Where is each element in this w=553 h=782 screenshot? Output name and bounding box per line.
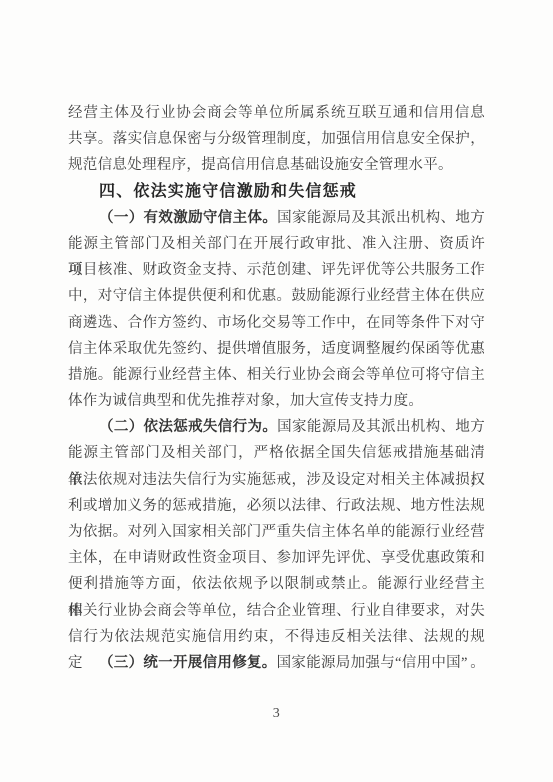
- text-segment: 措施。能源行业经营主体、相关行业协会商会等单位可将守信主: [68, 367, 485, 383]
- text-line: 为依据。对列入国家相关部门严重失信主体名单的能源行业经营: [68, 519, 485, 545]
- page-number: 3: [0, 706, 553, 722]
- text-line: 信主体采取优先签约、提供增值服务，适度调整履约保函等优惠: [68, 336, 485, 362]
- section-heading: 四、依法实施守信激励和失信惩戒: [68, 179, 485, 205]
- text-line: 能源主管部门及相关部门在开展行政审批、准入注册、资质许可、: [68, 231, 485, 257]
- text-segment: 国家能源局及其派出机构、地方: [277, 210, 485, 226]
- text-line: （一）有效激励守信主体。国家能源局及其派出机构、地方: [68, 205, 485, 231]
- text-line: 项目核准、财政资金支持、示范创建、评先评优等公共服务工作: [68, 257, 485, 283]
- text-segment: 利或增加义务的惩戒措施，必须以法律、行政法规、地方性法规: [68, 498, 485, 514]
- text-segment: 规范信息处理程序，提高信用信息基础设施安全管理水平。: [68, 157, 453, 173]
- text-line: 主体，在申请财政性资金项目、参加评先评优、享受优惠政策和: [68, 545, 485, 571]
- text-line: （二）依法惩戒失信行为。国家能源局及其派出机构、地方: [68, 414, 485, 440]
- text-line: 依法依规对违法失信行为实施惩戒，涉及设定对相关主体减损权: [68, 467, 485, 493]
- text-line: 便利措施等方面，依法依规予以限制或禁止。能源行业经营主体、: [68, 571, 485, 597]
- text-line: 体作为诚信典型和优先推荐对象，加大宣传支持力度。: [68, 388, 485, 414]
- text-line: 能源主管部门及相关部门，严格依据全国失信惩戒措施基础清单，: [68, 440, 485, 466]
- text-segment: 国家能源局加强与“信用中国”: [277, 655, 468, 671]
- text-segment: 商遴选、合作方签约、市场化交易等工作中，在同等条件下对守: [68, 315, 485, 331]
- text-segment: 中，对守信主体提供便利和优惠。鼓励能源行业经营主体在供应: [68, 288, 485, 304]
- document-content: 经营主体及行业协会商会等单位所属系统互联互通和信用信息共享。落实信息保密与分级管…: [68, 100, 485, 676]
- text-line: 信行为依法规范实施信用约束，不得违反相关法律、法规的规定。: [68, 624, 485, 650]
- paragraph-lead: （三）统一开展信用修复。: [99, 655, 277, 671]
- paragraph-lead: （一）有效激励守信主体。: [99, 210, 277, 226]
- text-line: （三）统一开展信用修复。国家能源局加强与“信用中国”: [68, 650, 485, 676]
- text-segment: 经营主体及行业协会商会等单位所属系统互联互通和信用信息: [68, 105, 485, 121]
- paragraph-lead: （二）依法惩戒失信行为。: [99, 419, 277, 435]
- text-segment: 信主体采取优先签约、提供增值服务，适度调整履约保函等优惠: [68, 341, 485, 357]
- text-segment: 主体，在申请财政性资金项目、参加评先评优、享受优惠政策和: [68, 550, 485, 566]
- text-line: 商遴选、合作方签约、市场化交易等工作中，在同等条件下对守: [68, 310, 485, 336]
- document-page: 经营主体及行业协会商会等单位所属系统互联互通和信用信息共享。落实信息保密与分级管…: [0, 0, 553, 782]
- text-line: 规范信息处理程序，提高信用信息基础设施安全管理水平。: [68, 152, 485, 178]
- text-line: 共享。落实信息保密与分级管理制度，加强信用信息安全保护，: [68, 126, 485, 152]
- text-line: 相关行业协会商会等单位，结合企业管理、行业自律要求，对失: [68, 598, 485, 624]
- text-line: 利或增加义务的惩戒措施，必须以法律、行政法规、地方性法规: [68, 493, 485, 519]
- text-segment: 共享。落实信息保密与分级管理制度，加强信用信息安全保护，: [68, 131, 485, 147]
- text-segment: 国家能源局及其派出机构、地方: [277, 419, 485, 435]
- text-segment: 依法依规对违法失信行为实施惩戒，涉及设定对相关主体减损权: [68, 472, 485, 488]
- text-segment: 为依据。对列入国家相关部门严重失信主体名单的能源行业经营: [68, 524, 485, 540]
- text-line: 经营主体及行业协会商会等单位所属系统互联互通和信用信息: [68, 100, 485, 126]
- text-segment: 体作为诚信典型和优先推荐对象，加大宣传支持力度。: [68, 393, 423, 409]
- text-segment: 四、依法实施守信激励和失信惩戒: [99, 183, 357, 200]
- text-line: 措施。能源行业经营主体、相关行业协会商会等单位可将守信主: [68, 362, 485, 388]
- text-line: 中，对守信主体提供便利和优惠。鼓励能源行业经营主体在供应: [68, 283, 485, 309]
- text-segment: 相关行业协会商会等单位，结合企业管理、行业自律要求，对失: [68, 603, 485, 619]
- text-segment: 项目核准、财政资金支持、示范创建、评先评优等公共服务工作: [68, 262, 485, 278]
